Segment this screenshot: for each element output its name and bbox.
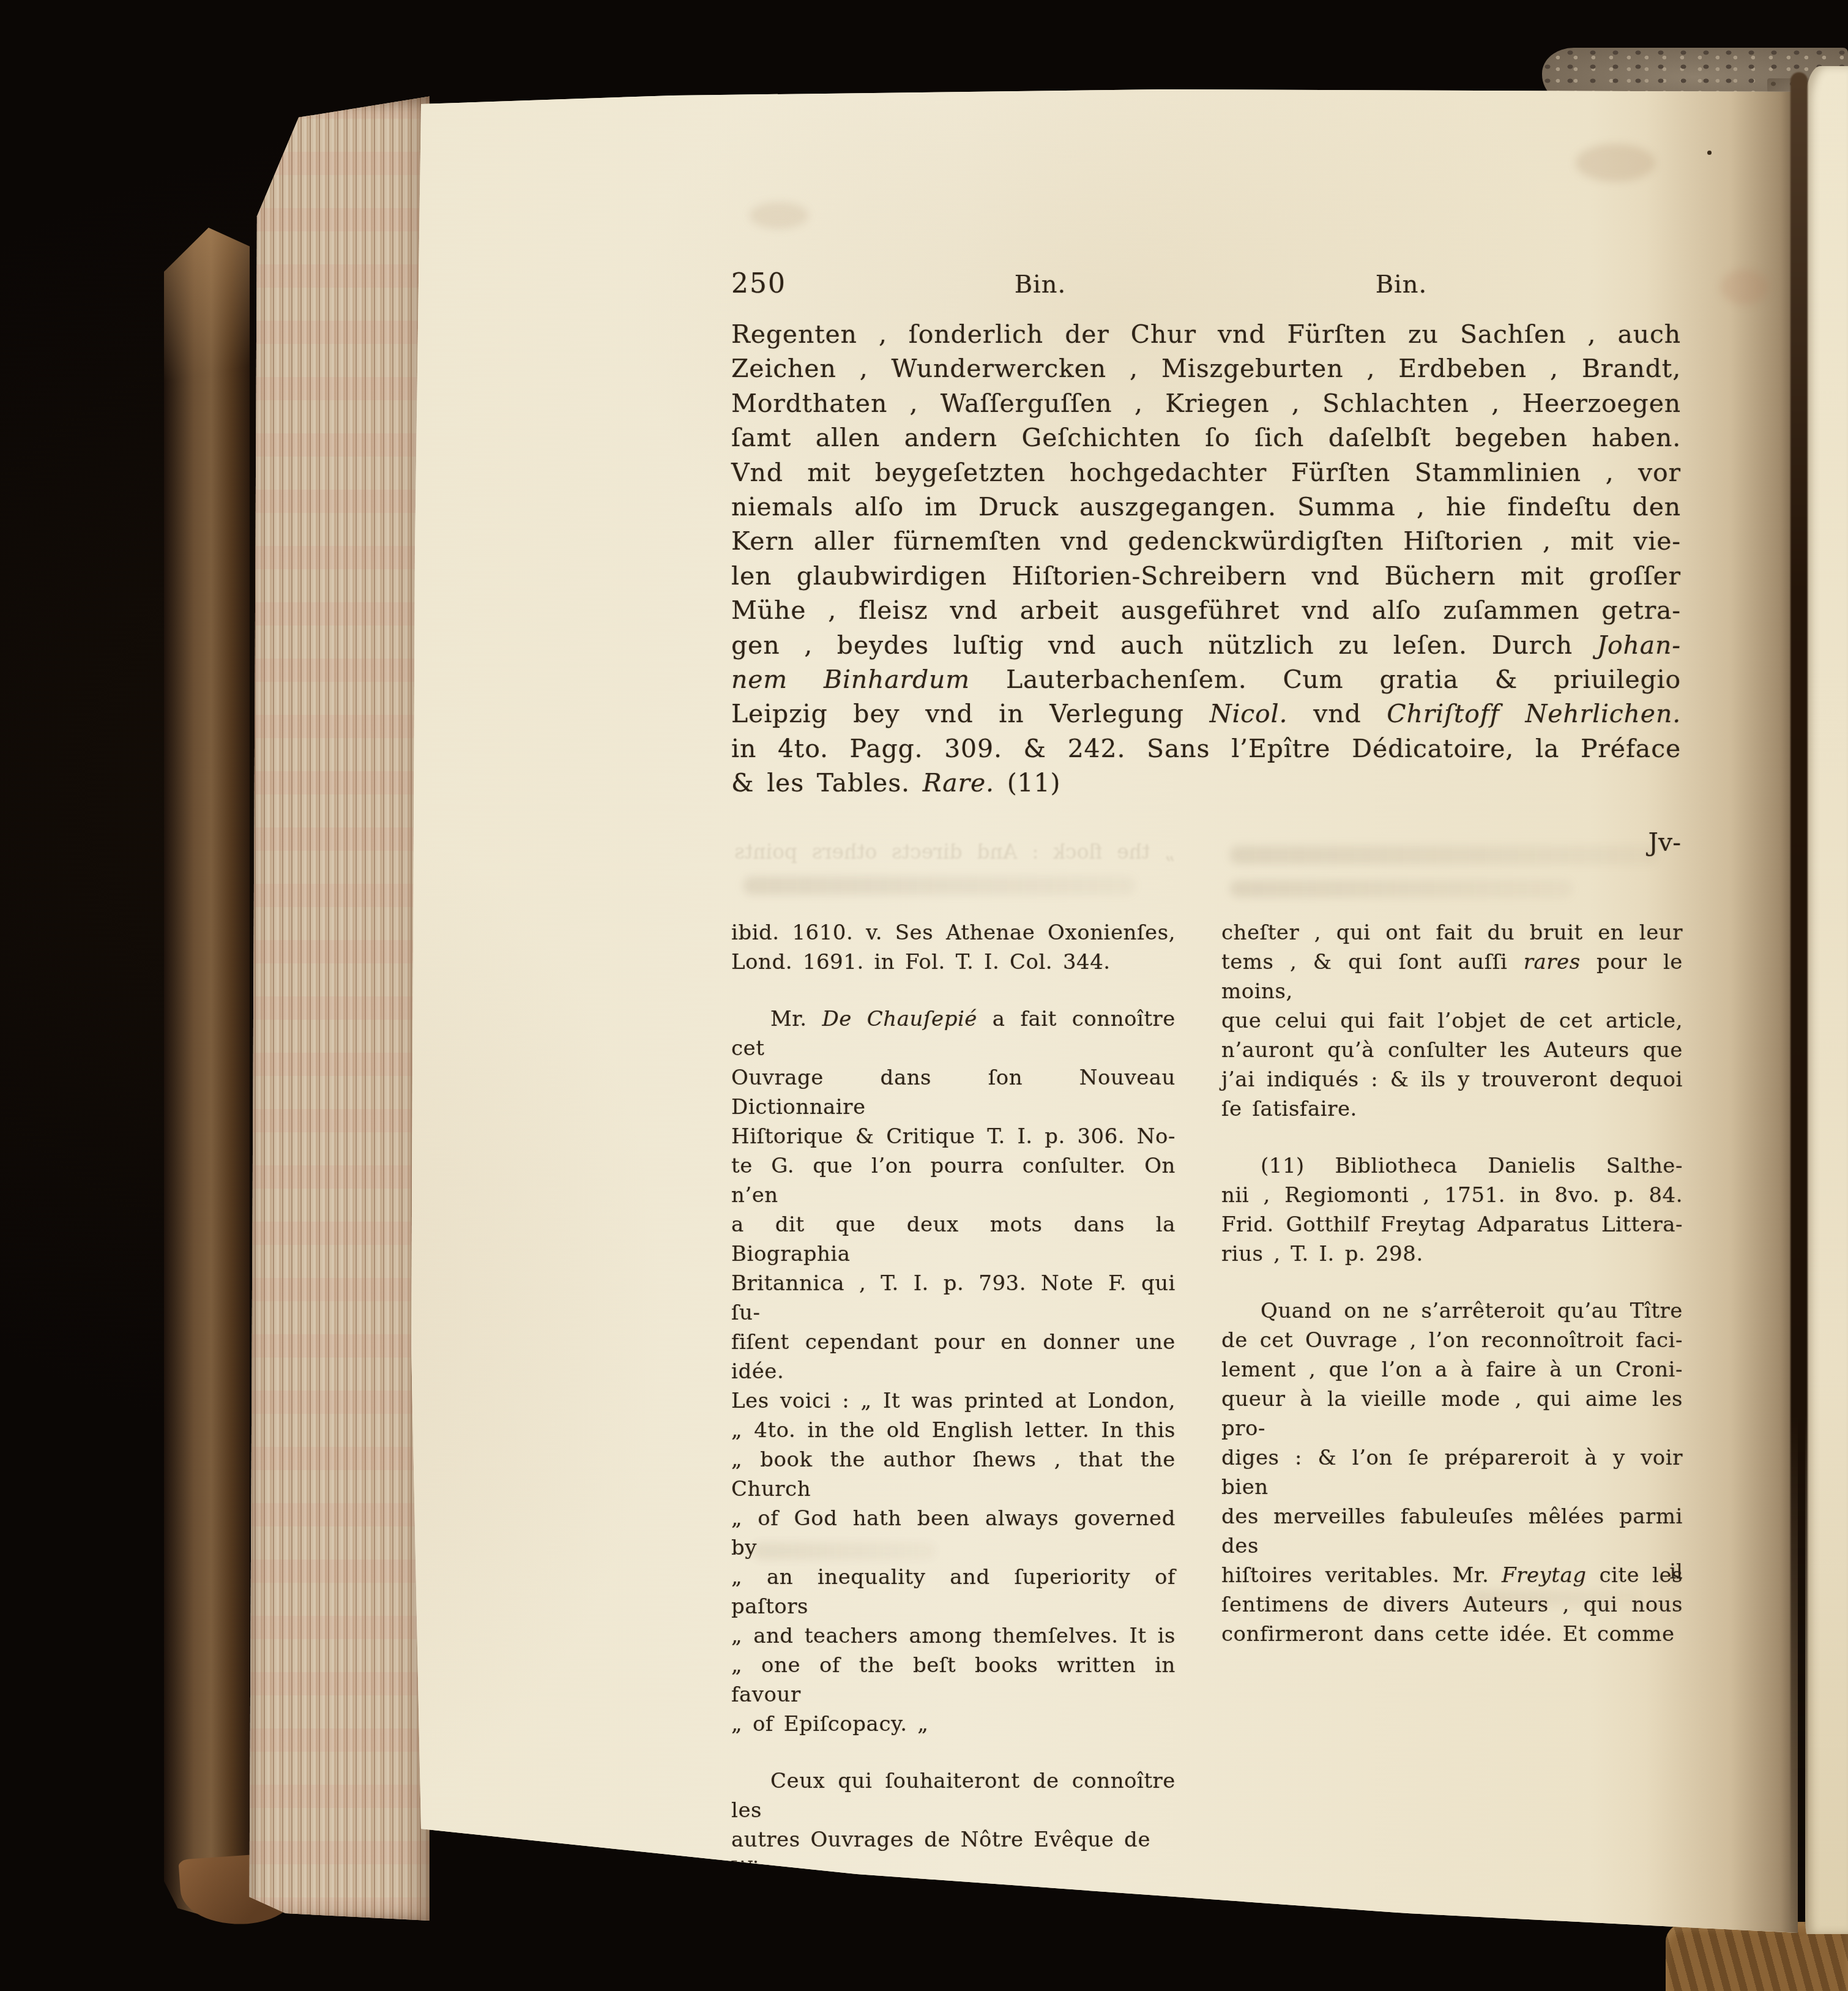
- text-line: ſentimens de divers Auteurs , qui nous: [1221, 1590, 1683, 1619]
- running-head-left: Bin.: [973, 271, 1108, 299]
- foxing-spot: [750, 202, 808, 229]
- catchword-il: il: [1221, 1560, 1683, 1584]
- text-line: que celui qui fait l’objet de cet articl…: [1221, 1006, 1683, 1036]
- photo-backdrop: 250 Bin. Bin. Regenten , ſonderlich der …: [0, 0, 1848, 1991]
- page-fore-edge-stack: [240, 92, 430, 1921]
- text-line: des merveilles fabuleuſes mêlées parmi d…: [1221, 1502, 1683, 1561]
- paragraph: Ceux qui ſouhaiteront de connoître lesau…: [731, 1766, 1175, 1884]
- text-line: lement , que l’on a à faire à un Croni-: [1221, 1355, 1683, 1384]
- text-line: niemals alſo im Druck auszgegangen. Summ…: [731, 490, 1681, 524]
- text-line: Regenten , ſonderlich der Chur vnd Fürſt…: [731, 317, 1681, 351]
- text-line: Leipzig bey vnd in Verlegung Nicol. vnd …: [731, 697, 1681, 731]
- text-line: ſamt allen andern Geſchichten ſo ſich da…: [731, 420, 1681, 455]
- text-line: diges : & l’on ſe prépareroit à y voir b…: [1221, 1443, 1683, 1502]
- text-line: tems , & qui ſont auſſi rares pour le mo…: [1221, 947, 1683, 1006]
- text-line: Hiſtorique & Critique T. I. p. 306. No-: [731, 1122, 1175, 1151]
- text-line: Mühe , fleisz vnd arbeit ausgeführet vnd…: [731, 593, 1681, 627]
- foxing-spot: [1721, 269, 1768, 305]
- text-line: Frid. Gotthilf Freytag Adparatus Littera…: [1221, 1210, 1683, 1239]
- text-line: te G. que l’on pourra conſulter. On n’en: [731, 1151, 1175, 1210]
- main-paragraph: Regenten , ſonderlich der Chur vnd Fürſt…: [731, 317, 1681, 801]
- text-line: Ouvrage dans ſon Nouveau Dictionnaire: [731, 1063, 1175, 1122]
- text-line: nii , Regiomonti , 1751. in 8vo. p. 84.: [1221, 1181, 1683, 1210]
- text-line: „ one of the beſt books written in favou…: [731, 1651, 1175, 1709]
- text-line: „ of God hath been always governed by: [731, 1504, 1175, 1563]
- text-line: Ceux qui ſouhaiteront de connoître les: [731, 1766, 1175, 1825]
- bleedthrough-smudge: [1230, 846, 1658, 864]
- text-line: Lond. 1691. in Fol. T. I. Col. 344.: [731, 947, 1175, 977]
- text-line: Mordthaten , Waſſerguſſen , Kriegen , Sc…: [731, 386, 1681, 420]
- text-line: len glaubwirdigen Hiſtorien-Schreibern v…: [731, 559, 1681, 593]
- text-line: & les Tables. Rare. (11): [731, 766, 1681, 800]
- text-line: rius , T. I. p. 298.: [1221, 1239, 1683, 1269]
- text-line: j’ai indiqués : & ils y trouveront dequo…: [1221, 1065, 1683, 1094]
- text-line: queur à la vieille mode , qui aime les p…: [1221, 1384, 1683, 1443]
- text-line: cheſter , qui ont fait du bruit en leur: [1221, 918, 1683, 947]
- paragraph: ibid. 1610. v. Ses Athenae Oxonienſes,Lo…: [731, 918, 1175, 977]
- text-line: n’auront qu’à conſulter les Auteurs que: [1221, 1036, 1683, 1065]
- paragraph: Regenten , ſonderlich der Chur vnd Fürſt…: [731, 317, 1681, 801]
- text-line: Zeichen , Wunderwercken , Miszgeburten ,…: [731, 351, 1681, 386]
- paragraph: Quand on ne s’arrêteroit qu’au Tîtrede c…: [1221, 1296, 1683, 1649]
- foxing-spot: [1576, 144, 1655, 182]
- text-line: „ of Epiſcopacy. „: [731, 1709, 1175, 1739]
- text-line: gen , beydes luſtig vnd auch nützlich zu…: [731, 628, 1681, 662]
- ink-speck: [1707, 151, 1712, 155]
- text-line: Quand on ne s’arrêteroit qu’au Tître: [1221, 1296, 1683, 1326]
- bleedthrough-smudge: [1230, 880, 1573, 897]
- paragraph: Mr. De Chauſepié a fait connoître cetOuv…: [731, 1004, 1175, 1739]
- text-line: autres Ouvrages de Nôtre Evêque de Win-: [731, 1825, 1175, 1884]
- text-line: a dit que deux mots dans la Biographia: [731, 1210, 1175, 1269]
- text-line: „ an inequality and ſuperiority of paſto…: [731, 1563, 1175, 1621]
- text-line: confirmeront dans cette idée. Et comme: [1221, 1619, 1683, 1649]
- text-line: ibid. 1610. v. Ses Athenae Oxonienſes,: [731, 918, 1175, 947]
- text-line: nem Binhardum Lauterbachenſem. Cum grati…: [731, 662, 1681, 697]
- paragraph: (11) Bibliotheca Danielis Salthe-nii , R…: [1221, 1151, 1683, 1269]
- bleedthrough-text: „ the flock : And directs others points: [734, 840, 1175, 864]
- book-cover-board-edge: [164, 228, 250, 1922]
- left-column: ibid. 1610. v. Ses Athenae Oxonienſes,Lo…: [731, 918, 1175, 1884]
- text-line: de cet Ouvrage , l’on reconnoîtroit faci…: [1221, 1326, 1683, 1355]
- text-line: Britannica , T. I. p. 793. Note F. qui ſ…: [731, 1269, 1175, 1328]
- text-line: „ 4to. in the old English letter. In thi…: [731, 1416, 1175, 1445]
- facing-page-sliver: [1805, 66, 1848, 1934]
- text-line: ſe ſatisfaire.: [1221, 1094, 1683, 1124]
- gutter-shadow: [1790, 72, 1808, 1937]
- text-line: (11) Bibliotheca Danielis Salthe-: [1221, 1151, 1683, 1181]
- text-line: in 4to. Pagg. 309. & 242. Sans l’Epître …: [731, 731, 1681, 766]
- text-line: Mr. De Chauſepié a fait connoître cet: [731, 1004, 1175, 1063]
- text-line: fiſent cependant pour en donner une idée…: [731, 1328, 1175, 1386]
- running-head-right: Bin.: [1334, 271, 1469, 299]
- page-number: 250: [731, 268, 786, 299]
- text-line: Vnd mit beygeſetzten hochgedachter Fürſt…: [731, 455, 1681, 490]
- text-line: Kern aller fürnemſten vnd gedenckwürdigſ…: [731, 524, 1681, 558]
- paragraph: cheſter , qui ont fait du bruit en leurt…: [1221, 918, 1683, 1124]
- text-line: „ and teachers among themſelves. It is: [731, 1621, 1175, 1651]
- text-line: „ book the author ſhews , that the Churc…: [731, 1445, 1175, 1504]
- bleedthrough-smudge: [743, 876, 1135, 895]
- text-line: Les voici : „ It was printed at London,: [731, 1386, 1175, 1416]
- right-column: cheſter , qui ont fait du bruit en leurt…: [1221, 918, 1683, 1649]
